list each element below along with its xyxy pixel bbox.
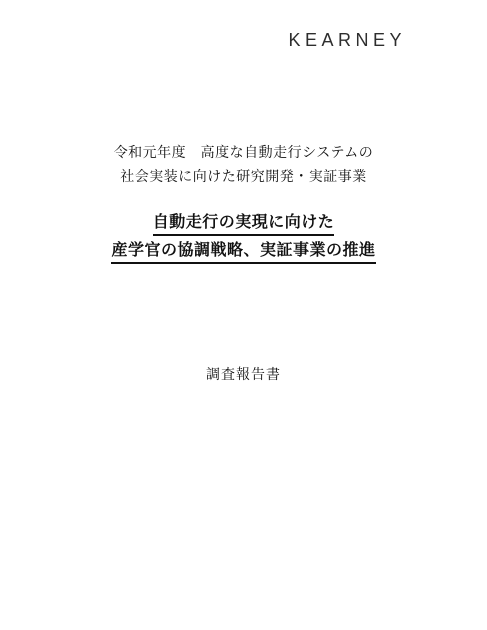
report-title-line2-text: 産学官の協調戦略、実証事業の推進	[111, 242, 375, 264]
report-cover-page: KEARNEY 令和元年度 高度な自動走行システムの 社会実装に向けた研究開発・…	[0, 0, 487, 630]
report-type-label: 調査報告書	[0, 366, 487, 382]
report-title-line1: 自動走行の実現に向けた	[0, 214, 487, 236]
report-title-line1-text: 自動走行の実現に向けた	[153, 214, 335, 236]
program-subtitle-line2: 社会実装に向けた研究開発・実証事業	[0, 169, 487, 184]
kearney-logo: KEARNEY	[288, 32, 406, 48]
program-subtitle-line1: 令和元年度 高度な自動走行システムの	[0, 145, 487, 160]
report-title-line2: 産学官の協調戦略、実証事業の推進	[0, 242, 487, 264]
